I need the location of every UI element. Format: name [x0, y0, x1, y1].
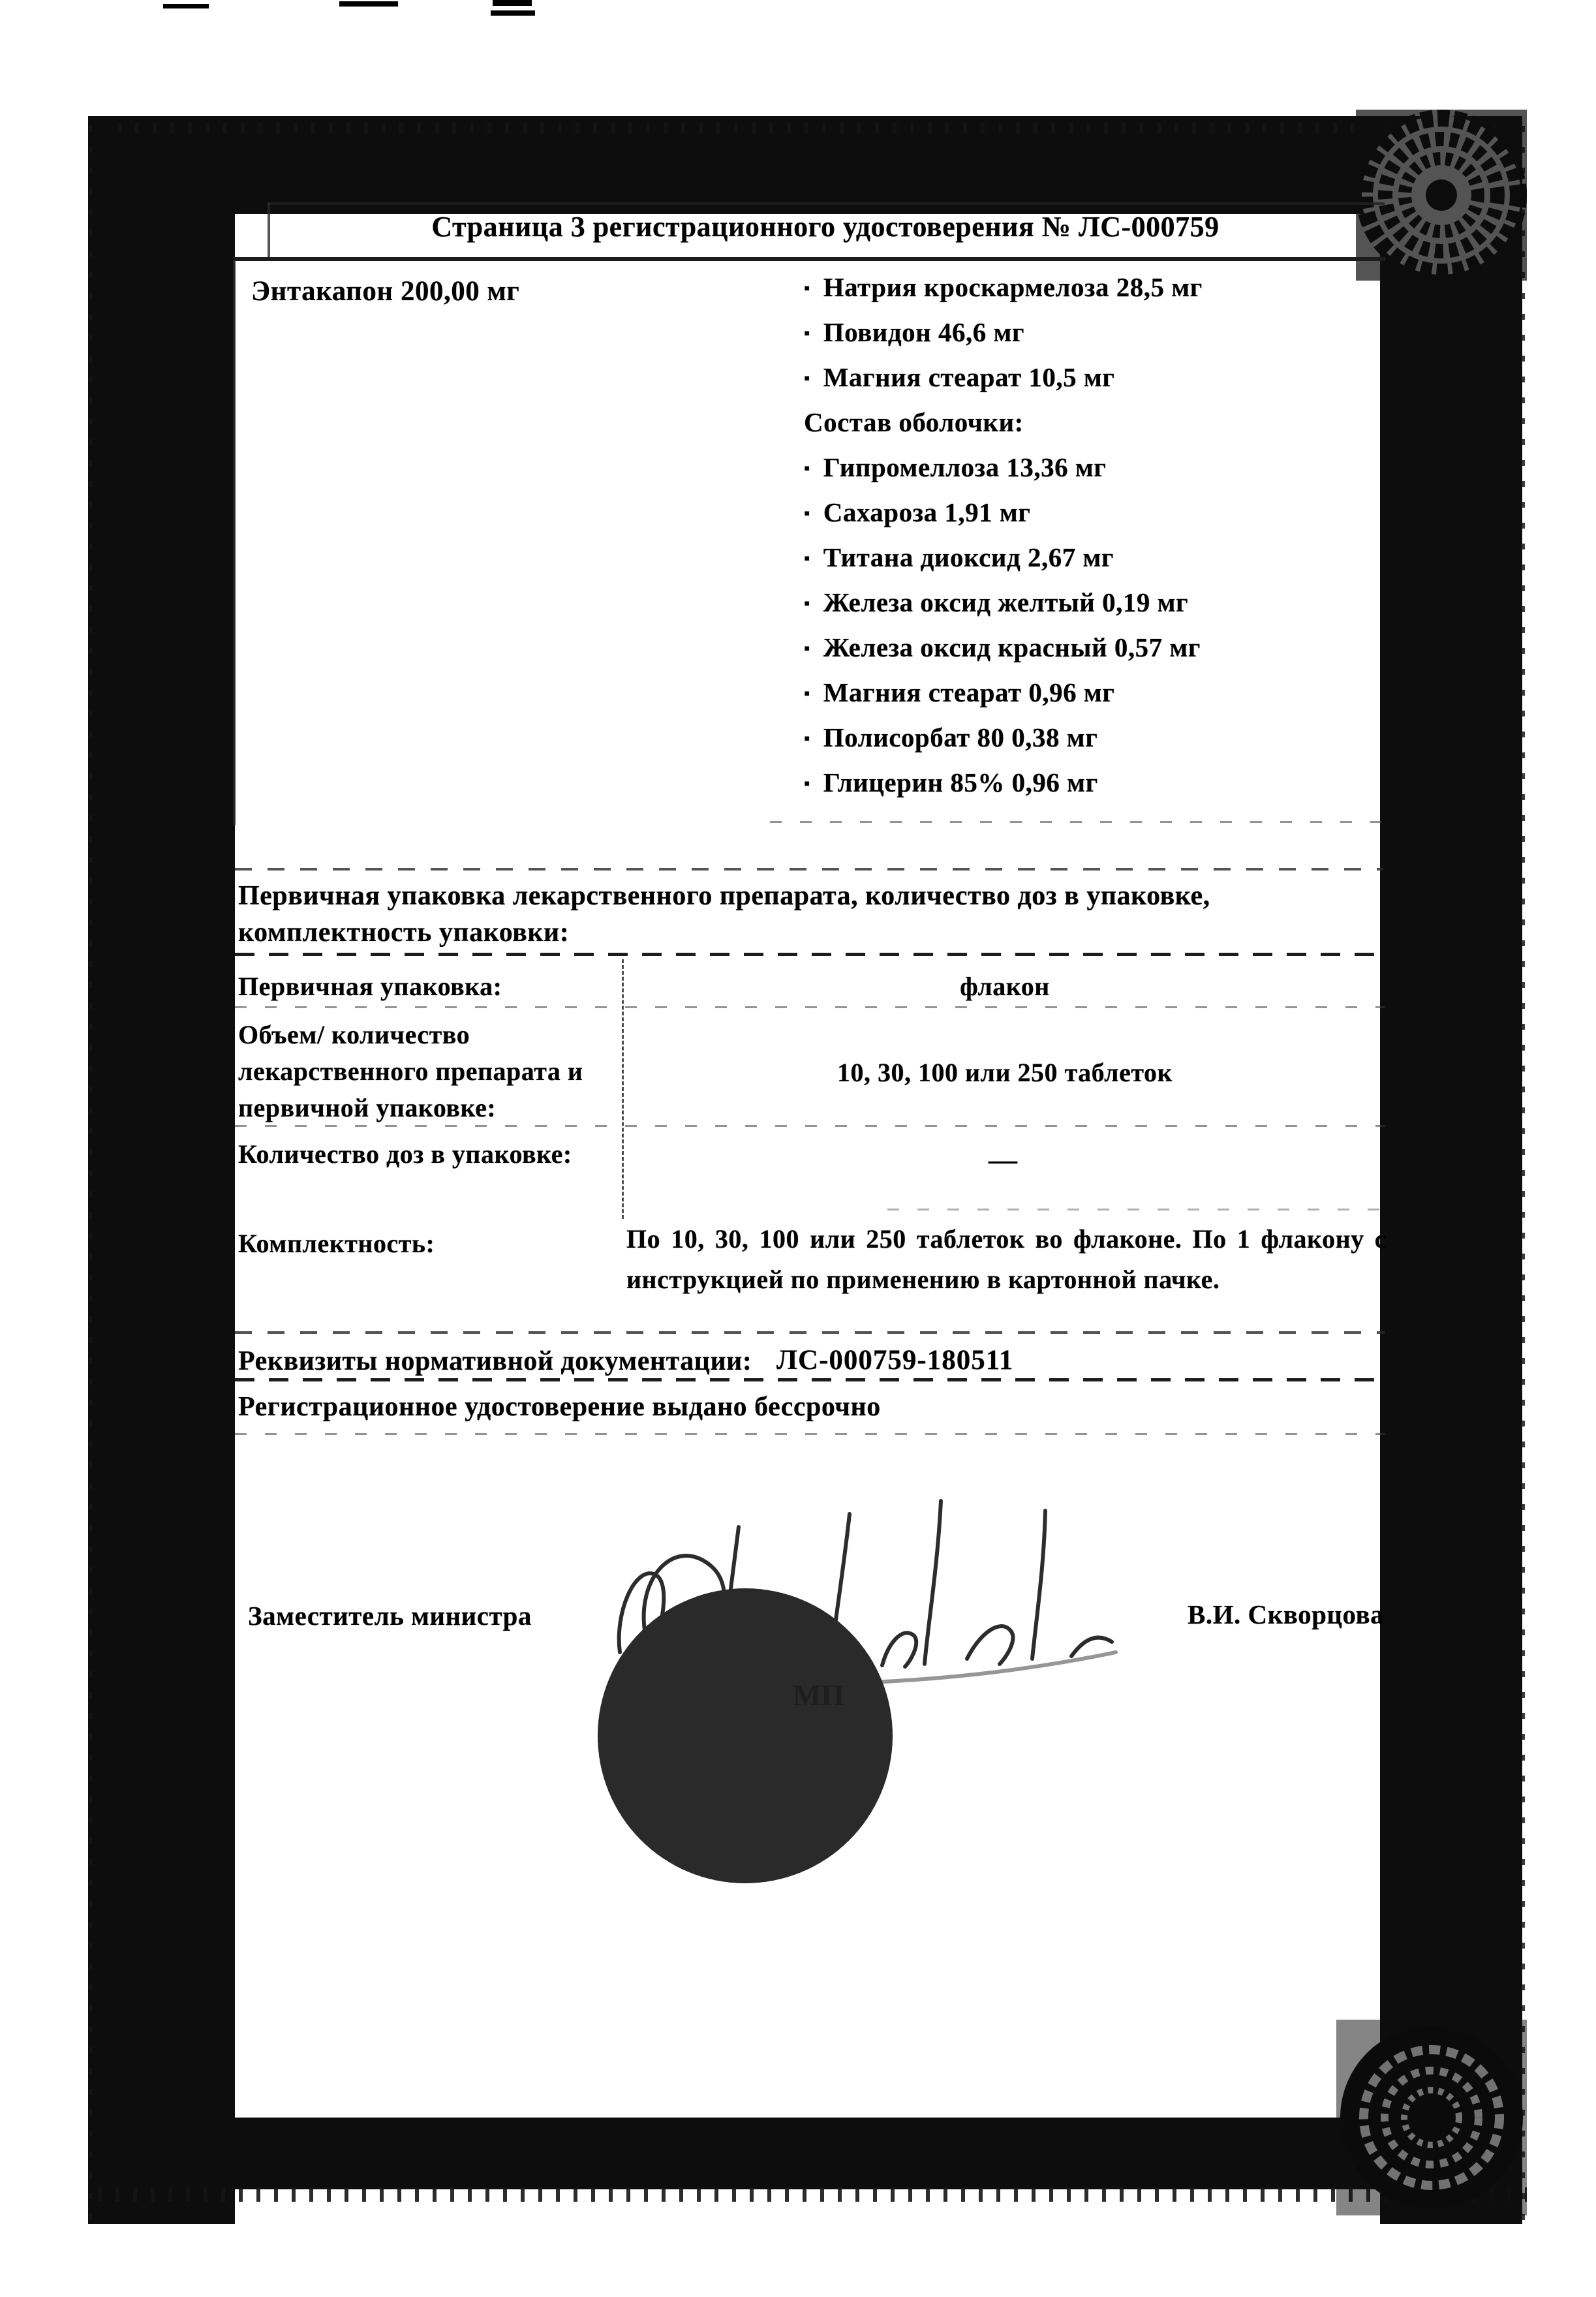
- shell-title: Состав оболочки:: [804, 407, 1391, 452]
- scan-artifact: [491, 10, 535, 16]
- table-row-separator: [235, 1125, 1385, 1127]
- list-item-label: Железа оксид красный 0,57 мг: [823, 632, 1201, 663]
- list-item: ▪ Железа оксид красный 0,57 мг: [804, 632, 1391, 677]
- page-header: Страница 3 регистрационного удостоверени…: [274, 210, 1377, 243]
- section-separator: [235, 868, 1383, 871]
- table-row-value: 10, 30, 100 или 250 таблеток: [626, 1057, 1383, 1088]
- bullet-icon: ▪: [804, 497, 810, 531]
- list-item: ▪ Титана диоксид 2,67 мг: [804, 542, 1391, 587]
- table-top-rule: [235, 953, 1385, 956]
- list-item-label: Гипромеллоза 13,36 мг: [823, 452, 1107, 483]
- packaging-title-line2: комплектность упаковки:: [238, 914, 1387, 951]
- header-box-left-line: [268, 202, 270, 258]
- list-item-label: Натрия кроскармелоза 28,5 мг: [823, 271, 1203, 303]
- certificate-page: Страница 3 регистрационного удостоверени…: [0, 0, 1596, 2297]
- table-bottom-rule: [235, 1331, 1385, 1334]
- bullet-icon: ▪: [804, 316, 810, 350]
- list-item: ▪ Магния стеарат 10,5 мг: [804, 362, 1391, 407]
- packaging-section-title: Первичная упаковка лекарственного препар…: [238, 878, 1387, 951]
- list-item: ▪ Глицерин 85% 0,96 мг: [804, 767, 1391, 812]
- rosette-top-right: [1356, 110, 1527, 281]
- frame-left-edge: [89, 119, 92, 2220]
- table-column-divider: [622, 959, 624, 1219]
- composition-box-left-line: [233, 260, 236, 825]
- list-item-label: Полисорбат 80 0,38 мг: [823, 722, 1098, 753]
- header-box-top-line: [268, 202, 1385, 205]
- table-row-label: Объем/ количество лекарственного препара…: [238, 1017, 620, 1126]
- list-item-label: Магния стеарат 10,5 мг: [823, 362, 1115, 393]
- bullet-icon: ▪: [804, 362, 810, 395]
- requisites-label: Реквизиты нормативной документации:: [238, 1346, 752, 1377]
- composition-box-bottom-dashes: [770, 821, 1383, 823]
- bullet-icon: ▪: [804, 542, 810, 576]
- frame-right-border: [1380, 116, 1522, 2224]
- table-row-label: Комплектность:: [238, 1228, 620, 1259]
- shell-title-label: Состав оболочки:: [804, 407, 1024, 438]
- list-item: ▪ Магния стеарат 0,96 мг: [804, 677, 1391, 722]
- list-item: ▪ Повидон 46,6 мг: [804, 316, 1391, 362]
- table-row-separator: [887, 1209, 1385, 1210]
- frame-bottom-border: [91, 2118, 1520, 2189]
- signer-position: Заместитель министра: [248, 1600, 532, 1631]
- active-ingredient: Энтакапон 200,00 мг: [251, 275, 519, 307]
- packaging-title-line1: Первичная упаковка лекарственного препар…: [238, 878, 1387, 914]
- bullet-icon: ▪: [804, 677, 810, 711]
- excipient-list: ▪ Натрия кроскармелоза 28,5 мг ▪ Повидон…: [804, 271, 1391, 812]
- registration-validity: Регистрационное удостоверение выдано бес…: [238, 1391, 881, 1423]
- requisites-rule: [235, 1378, 1385, 1381]
- table-row-label: Количество доз в упаковке:: [238, 1139, 620, 1169]
- list-item: ▪ Сахароза 1,91 мг: [804, 497, 1391, 542]
- requisites-value: ЛС-000759-180511: [776, 1344, 1013, 1376]
- stamp-text: МП: [793, 1678, 844, 1712]
- list-item-label: Повидон 46,6 мг: [823, 316, 1024, 348]
- list-item: ▪ Железа оксид желтый 0,19 мг: [804, 587, 1391, 632]
- list-item-label: Титана диоксид 2,67 мг: [823, 542, 1114, 573]
- signer-name: В.И. Скворцова: [1188, 1599, 1384, 1630]
- header-box-bottom-line: [233, 257, 1385, 261]
- bullet-icon: ▪: [804, 722, 810, 756]
- official-stamp: МП: [591, 1584, 900, 1888]
- scan-artifact: [493, 0, 532, 6]
- bullet-icon: ▪: [804, 632, 810, 666]
- table-row-value: флакон: [626, 971, 1383, 1002]
- list-item-label: Сахароза 1,91 мг: [823, 497, 1031, 528]
- list-item-label: Магния стеарат 0,96 мг: [823, 677, 1115, 708]
- table-row-label: Первичная упаковка:: [238, 971, 617, 1002]
- list-item-label: Железа оксид желтый 0,19 мг: [823, 587, 1188, 618]
- list-item: ▪ Натрия кроскармелоза 28,5 мг: [804, 271, 1391, 316]
- rosette-bottom-right: [1336, 2020, 1527, 2215]
- scan-artifact: [339, 1, 398, 7]
- frame-top-ticks: [117, 123, 1520, 133]
- bullet-icon: ▪: [804, 587, 810, 621]
- list-item: ▪ Гипромеллоза 13,36 мг: [804, 452, 1391, 497]
- bullet-icon: ▪: [804, 452, 810, 486]
- frame-bottom-ticks: [98, 2187, 1527, 2202]
- table-row-separator: [235, 1006, 1385, 1008]
- table-row-value: —: [626, 1143, 1383, 1177]
- table-row-value: По 10, 30, 100 или 250 таблеток во флако…: [626, 1219, 1387, 1300]
- frame-right-edge: [1522, 119, 1525, 2220]
- list-item: ▪ Полисорбат 80 0,38 мг: [804, 722, 1391, 767]
- frame-left-border: [88, 116, 235, 2224]
- bullet-icon: ▪: [804, 767, 810, 801]
- list-item-label: Глицерин 85% 0,96 мг: [823, 767, 1098, 798]
- scan-artifact: [163, 4, 209, 8]
- validity-rule: [235, 1433, 1385, 1435]
- bullet-icon: ▪: [804, 271, 810, 305]
